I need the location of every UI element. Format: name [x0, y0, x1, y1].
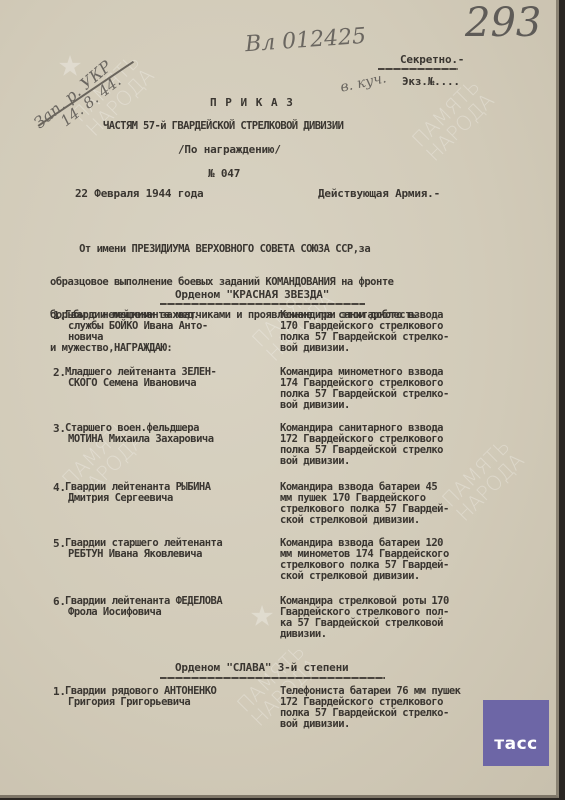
archive-code: Вл 012425 — [244, 24, 367, 57]
recipient-name: Старшего воен.фельдшераМОТИНА Михаила За… — [65, 423, 280, 445]
secret-note: в. куч. — [339, 70, 388, 95]
recipient-position: Командира стрелковой роты 170Гвардейског… — [280, 596, 510, 640]
page-number: 293 — [465, 0, 541, 46]
recipient-position: Командира взвода батареи 45мм пушек 170 … — [280, 482, 510, 526]
recipient-name: Гвардии лейтенанта РЫБИНАДмитрия Сергеев… — [65, 482, 280, 504]
document-title: П Р И К А З — [210, 97, 294, 109]
watermark: ПАМЯТЬНАРОДА — [408, 76, 497, 165]
entry-number: 5. — [53, 538, 66, 550]
entry-number: 1. — [53, 310, 66, 322]
classification: Секретно.- — [400, 54, 464, 66]
divider — [160, 677, 385, 679]
recipient-position: Телефониста батареи 76 мм пушек172 Гвард… — [280, 686, 510, 730]
recipient-position: Командира минометного взвода174 Гвардейс… — [280, 367, 510, 411]
recipient-name: Гвардии лейтенанта ФЕДЕЛОВАФрола Иосифов… — [65, 596, 280, 618]
entry-number: 6. — [53, 596, 66, 608]
tass-logo: тасс — [483, 700, 549, 766]
order-number: № 047 — [208, 168, 240, 180]
document-category: /По награждению/ — [178, 144, 281, 156]
divider — [378, 68, 458, 70]
recipient-name: Гвардии рядового АНТОНЕНКОГригория Григо… — [65, 686, 280, 708]
entry-number: 4. — [53, 482, 66, 494]
section-heading-red-star: Орденом "КРАСНАЯ ЗВЕЗДА" — [175, 289, 329, 301]
entry-number: 2. — [53, 367, 66, 379]
recipient-position: Командира санитарного взвода172 Гвардейс… — [280, 423, 510, 467]
document-subtitle: ЧАСТЯМ 57-й ГВАРДЕЙСКОЙ СТРЕЛКОВОЙ ДИВИЗ… — [103, 120, 343, 132]
recipient-name: Младшего лейтенанта ЗЕЛЕН-СКОГО Семена И… — [65, 367, 280, 389]
document-page: ★ ПАМЯТЬНАРОДА ПАМЯТЬНАРОДА ПАМЯТЬНАРОДА… — [0, 0, 559, 798]
recipient-position: Командира санитарного взвода170 Гвардейс… — [280, 310, 510, 354]
order-date: 22 Февраля 1944 года — [75, 188, 203, 200]
copy-number: Экз.№.... — [402, 76, 460, 88]
divider — [160, 303, 365, 305]
recipient-name: Гвардии старшего лейтенантаРЕБТУН Ивана … — [65, 538, 280, 560]
order-location: Действующая Армия.- — [318, 188, 440, 200]
recipient-position: Командира взвода батареи 120мм минометов… — [280, 538, 510, 582]
entry-number: 3. — [53, 423, 66, 435]
section-heading-glory: Орденом "СЛАВА" 3-й степени — [175, 662, 348, 674]
recipient-name: Гвардии лейтенанта мед.службы БОЙКО Иван… — [65, 310, 280, 343]
entry-number: 1. — [53, 686, 66, 698]
